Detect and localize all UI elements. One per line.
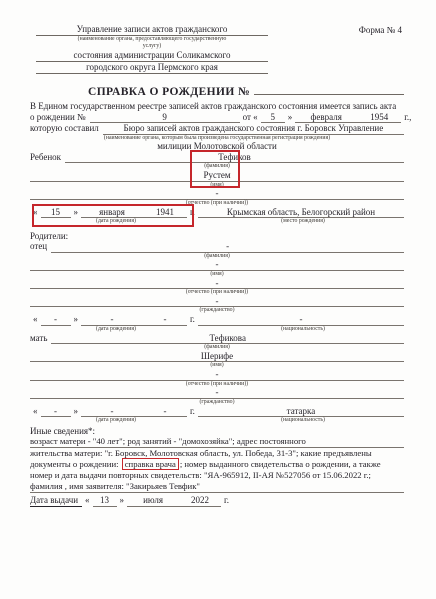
document-title-row: СПРАВКА О РОЖДЕНИИ № <box>88 83 404 98</box>
issue-quote-open: « <box>82 495 93 506</box>
child-name-block: Ребенок Тефиков (фамилия) Рустем (имя) <box>30 152 404 189</box>
authority-caption-1: (наименование органа, предоставляющего г… <box>36 36 268 43</box>
title-number-blank <box>254 83 404 95</box>
issue-month-value: июля <box>127 495 179 507</box>
child-patronymic-row: - <box>30 188 404 200</box>
father-label: отец <box>30 241 51 252</box>
mother-patronymic-value: - <box>30 369 404 381</box>
issuing-authority-block: Управление записи актов гражданского (на… <box>36 24 268 74</box>
father-patronymic-value: - <box>30 278 404 290</box>
mother-name-caption: (имя) <box>30 362 404 369</box>
child-firstname-caption: (имя) <box>30 182 404 189</box>
father-name-caption: (имя) <box>30 271 404 278</box>
child-label: Ребенок <box>30 152 65 163</box>
record-number-value: 9 <box>90 112 240 124</box>
authority-caption-2: услугу) <box>36 43 268 50</box>
document-title: СПРАВКА О РОЖДЕНИИ № <box>88 86 250 98</box>
child-surname-caption: (фамилия) <box>30 163 404 170</box>
mother-birth-date-caption: (дата рождения) <box>30 417 202 424</box>
father-name-value: - <box>30 259 404 271</box>
mother-birth-day: - <box>41 406 71 418</box>
birth-place-caption: (место рождения) <box>202 218 404 225</box>
father-nationality-value: - <box>198 314 404 326</box>
other-info-line-4: номер и дата выдачи повторных свидетельс… <box>30 470 404 481</box>
child-firstname-row: Рустем <box>30 170 404 182</box>
father-birth-row: « - » - - г. - <box>30 314 404 326</box>
child-firstname-value: Рустем <box>30 170 404 182</box>
mother-name-row: Шерифе <box>30 351 404 363</box>
form-number: Форма № 4 <box>359 25 402 35</box>
birth-quote-close: » <box>71 207 82 218</box>
birth-certificate-document: Форма № 4 Управление записи актов гражда… <box>0 0 436 599</box>
issue-year-suffix: г. <box>221 495 232 506</box>
composed-by-org: Бюро записей актов гражданского состояни… <box>103 123 404 135</box>
mother-surname-value: Тефикова <box>51 333 404 345</box>
issue-date-label: Дата выдачи <box>30 495 82 507</box>
other-info-line-5: фамилия , имя заявителя: "Закирьяев Тевф… <box>30 481 404 493</box>
mother-year-suffix: г. <box>187 406 198 417</box>
mother-label: мать <box>30 333 51 344</box>
other-info-line-1: возраст матери - "40 лет"; род занятий -… <box>30 436 404 448</box>
child-birth-block: « 15 » января 1941 г. Крымская область, … <box>30 207 404 225</box>
father-citizenship-caption: (гражданство) <box>30 307 404 314</box>
father-name-row: - <box>30 259 404 271</box>
intro-text: В Едином государственном реестре записей… <box>30 101 404 112</box>
mother-quote-open: « <box>30 406 41 417</box>
authority-line-1: Управление записи актов гражданского <box>36 24 268 36</box>
mother-nationality-caption: (национальность) <box>202 417 404 424</box>
composed-by-label: которую составил <box>30 123 103 134</box>
other-info-label: Иные сведения*: <box>30 426 404 436</box>
composed-by-caption: (наименование органа, которым была произ… <box>30 135 404 142</box>
record-day-value: 5 <box>261 112 285 124</box>
birth-month-value: января <box>81 207 143 219</box>
other-info-line-3: документы о рождении: справка врача; ном… <box>30 459 404 470</box>
documents-suffix: ; номер выданного свидетельства о рожден… <box>180 459 381 469</box>
mother-birth-year: - <box>143 406 187 418</box>
father-year-suffix: г. <box>187 314 198 325</box>
father-birth-day: - <box>41 314 71 326</box>
child-surname-value: Тефиков <box>65 152 404 164</box>
father-birth-captions: (дата рождения) (национальность) <box>30 326 404 333</box>
birth-date-caption: (дата рождения) <box>30 218 202 225</box>
issue-year-value: 2022 <box>179 495 221 507</box>
record-year-value: 1954 <box>357 112 401 124</box>
mother-birth-month: - <box>81 406 143 418</box>
mother-quote-close: » <box>71 406 82 417</box>
father-patronymic-row: - <box>30 278 404 290</box>
composed-by-org-2: милиции Молотовской области <box>30 141 404 152</box>
child-patronymic-caption: (отчество (при наличии)) <box>30 200 404 207</box>
composed-by-row: которую составил Бюро записей актов граж… <box>30 123 404 135</box>
child-row: Ребенок Тефиков <box>30 152 404 164</box>
mother-name-value: Шерифе <box>30 351 404 363</box>
record-month-value: февраля <box>295 112 357 124</box>
issue-date-row: Дата выдачи « 13 » июля 2022 г. <box>30 495 260 507</box>
father-surname-caption: (фамилия) <box>30 253 404 260</box>
birth-day-value: 15 <box>41 207 71 219</box>
father-birth-year: - <box>143 314 187 326</box>
father-nationality-caption: (национальность) <box>202 326 404 333</box>
father-patronymic-caption: (отчество (при наличии)) <box>30 289 404 296</box>
issue-quote-close: » <box>117 495 128 506</box>
mother-citizenship-value: - <box>30 387 404 399</box>
record-quote-close: » <box>285 112 296 123</box>
mother-patronymic-row: - <box>30 369 404 381</box>
authority-line-2: состояния администрации Соликамского <box>36 50 268 62</box>
birth-year-suffix: г. <box>187 207 198 218</box>
mother-surname-caption: (фамилия) <box>30 344 404 351</box>
record-year-suffix: г., <box>401 112 414 123</box>
father-citizenship-value: - <box>30 296 404 308</box>
mother-birth-row: « - » - - г. татарка <box>30 406 404 418</box>
other-info-line-2: жительства матери: "г. Боровск, Молотовс… <box>30 448 404 459</box>
father-surname-row: отец - <box>30 241 404 253</box>
mother-patronymic-caption: (отчество (при наличии)) <box>30 381 404 388</box>
record-number-row: о рождении № 9 от « 5 » февраля 1954 г., <box>30 112 404 124</box>
father-citizenship-row: - <box>30 296 404 308</box>
child-patronymic-value: - <box>30 188 404 200</box>
issue-day-value: 13 <box>93 495 117 507</box>
child-birth-row: « 15 » января 1941 г. Крымская область, … <box>30 207 404 219</box>
documents-prefix: документы о рождении: <box>30 459 119 469</box>
father-birth-date-caption: (дата рождения) <box>30 326 202 333</box>
father-surname-value: - <box>51 241 404 253</box>
record-number-label: о рождении № <box>30 112 90 123</box>
birth-place-value: Крымская область, Белогорский район <box>198 207 404 219</box>
doctor-note-highlight-box: справка врача <box>122 458 179 470</box>
father-birth-month: - <box>81 314 143 326</box>
mother-citizenship-row: - <box>30 387 404 399</box>
birth-year-value: 1941 <box>143 207 187 219</box>
parents-label: Родители: <box>30 231 404 241</box>
birth-quote-open: « <box>30 207 41 218</box>
father-quote-open: « <box>30 314 41 325</box>
child-birth-captions: (дата рождения) (место рождения) <box>30 218 404 225</box>
authority-line-3: городского округа Пермского края <box>36 62 268 74</box>
father-quote-close: » <box>71 314 82 325</box>
mother-surname-row: мать Тефикова <box>30 333 404 345</box>
mother-birth-captions: (дата рождения) (национальность) <box>30 417 404 424</box>
mother-nationality-value: татарка <box>198 406 404 418</box>
record-from-open: от « <box>240 112 261 123</box>
mother-citizenship-caption: (гражданство) <box>30 399 404 406</box>
